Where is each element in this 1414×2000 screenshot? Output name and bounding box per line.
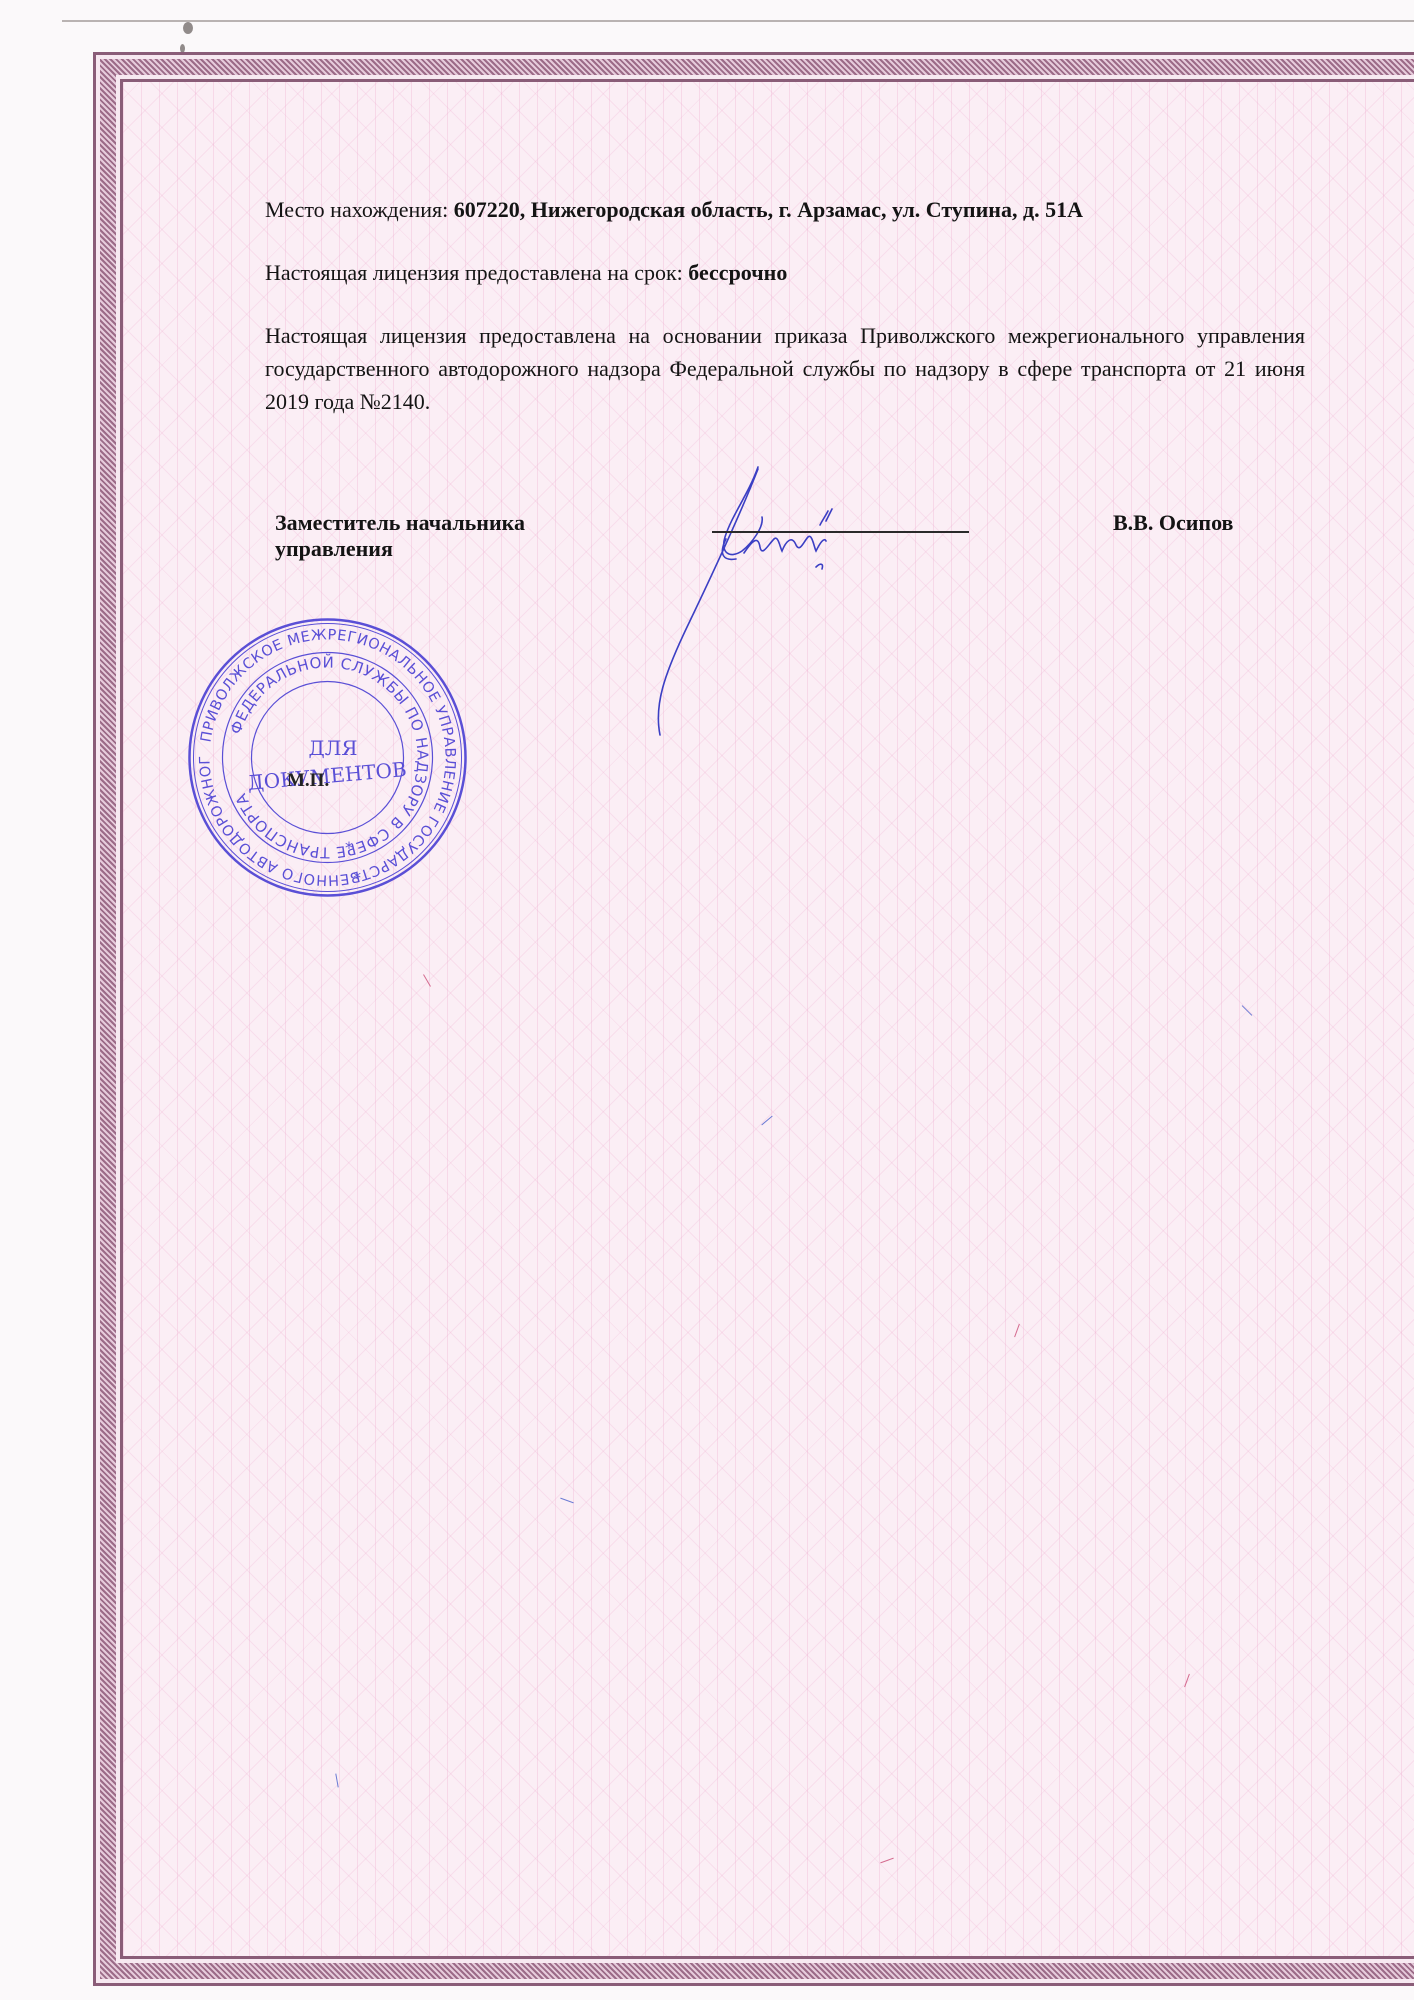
location-value: 607220, Нижегородская область, г. Арзама… (454, 197, 1083, 222)
official-round-stamp: ПРИВОЛЖСКОЕ МЕЖРЕГИОНАЛЬНОЕ УПРАВЛЕНИЕ Г… (185, 615, 470, 900)
stamp-star: * (345, 838, 353, 857)
toner-smudge (183, 22, 193, 34)
term-label: Настоящая лицензия предоставлена на срок… (265, 260, 688, 285)
license-body: Место нахождения: 607220, Нижегородская … (265, 193, 1305, 442)
signatory-title: Заместитель начальника управления (275, 510, 575, 562)
signature-line (712, 531, 969, 533)
signatory-name: В.В. Осипов (1113, 510, 1233, 536)
basis-paragraph: Настоящая лицензия предоставлена на осно… (265, 319, 1305, 418)
signature-block: Заместитель начальника управления В.В. О… (275, 507, 1305, 587)
term-value: бессрочно (688, 260, 787, 285)
stamp-star: * (353, 868, 361, 887)
location-label: Место нахождения: (265, 197, 454, 222)
scan-edge-line (62, 20, 1414, 22)
term-line: Настоящая лицензия предоставлена на срок… (265, 256, 1305, 289)
seal-place-label: М.П. (287, 770, 329, 792)
location-line: Место нахождения: 607220, Нижегородская … (265, 193, 1305, 226)
handwritten-signature (640, 455, 960, 755)
stamp-center-line1: ДЛЯ (308, 736, 357, 760)
